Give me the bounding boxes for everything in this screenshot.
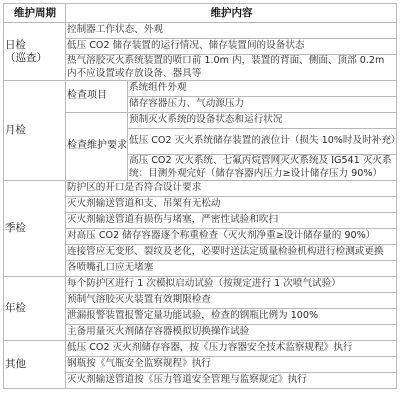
period-daily-label: 日检 bbox=[5, 39, 65, 51]
daily-item: 低压 CO2 储存装置的运行情况、储存装置间的设备状态 bbox=[66, 39, 397, 55]
quarterly-item: 各喷嘴孔口应无堵塞 bbox=[66, 261, 397, 277]
yearly-item: 预制气溶胶灭火装置有效期限检查 bbox=[66, 293, 397, 309]
monthly-requirement: 预制灭火系统的设备状态和运行状况 bbox=[128, 113, 397, 129]
yearly-item: 每个防护区进行 1 次模拟启动试验（按规定进行 1 次喷气试验） bbox=[66, 277, 397, 293]
period-daily: 日检 （巡查） bbox=[4, 23, 66, 81]
page: 维护周期 维护内容 日检 （巡查） 控制器工作状态、外观 低压 CO2 储存装置… bbox=[0, 0, 400, 412]
monthly-requirement: 高压 CO2 灭火系统、七氟丙烷管网灭火系统及 IG541 灭火系统：目测外观完… bbox=[128, 155, 397, 181]
table-row: 月检 检查项目 系统组件外观 bbox=[4, 81, 397, 97]
monthly-requirements-label: 检查维护要求 bbox=[66, 113, 128, 181]
monthly-check-items-label: 检查项目 bbox=[66, 81, 128, 113]
period-monthly: 月检 bbox=[4, 81, 66, 181]
table-row: 季检 防护区的开口是否符合设计要求 bbox=[4, 181, 397, 197]
table-row: 其他 低压 CO2 灭火剂储存容器，按《压力容器安全技术监察规程》执行 bbox=[4, 341, 397, 357]
yearly-item: 泄漏报警装置报警定量功能试验，检查的钢瓶比例为 100% bbox=[66, 309, 397, 325]
header-period: 维护周期 bbox=[4, 4, 66, 23]
other-item: 钢瓶按《气瓶安全监察规程》执行 bbox=[66, 357, 397, 373]
yearly-item: 主备用量灭火剂储存容器模拟切换操作试验 bbox=[66, 325, 397, 341]
daily-item: 热气溶胶灭火系统装置的喷口前 1.0m 内，装置的背面、侧面、顶部 0.2m 内… bbox=[66, 55, 397, 81]
table-row: 年检 每个防护区进行 1 次模拟启动试验（按规定进行 1 次喷气试验） bbox=[4, 277, 397, 293]
period-other: 其他 bbox=[4, 341, 66, 389]
other-item: 灭火剂输送管道按《压力管道安全管理与监察规定》执行 bbox=[66, 373, 397, 389]
period-yearly: 年检 bbox=[4, 277, 66, 341]
monthly-check-item: 储存容器压力、气动源压力 bbox=[128, 97, 397, 113]
quarterly-item: 防护区的开口是否符合设计要求 bbox=[66, 181, 397, 197]
quarterly-item: 对高压 CO2 储存容器逐个称重检查（灭火剂净重≥设计储存量的 90%） bbox=[66, 229, 397, 245]
header-row: 维护周期 维护内容 bbox=[4, 4, 397, 23]
quarterly-item: 灭火剂输送管道有损伤与堵塞，严密性试验和吹扫 bbox=[66, 213, 397, 229]
other-item: 低压 CO2 灭火剂储存容器，按《压力容器安全技术监察规程》执行 bbox=[66, 341, 397, 357]
period-quarterly: 季检 bbox=[4, 181, 66, 277]
quarterly-item: 灭火剂输送管道和支、吊架有无松动 bbox=[66, 197, 397, 213]
header-content: 维护内容 bbox=[66, 4, 397, 23]
period-daily-sublabel: （巡查） bbox=[5, 52, 65, 64]
table-row: 日检 （巡查） 控制器工作状态、外观 bbox=[4, 23, 397, 39]
daily-item: 控制器工作状态、外观 bbox=[66, 23, 397, 39]
monthly-requirement: 低压 CO2 灭火系统储存装置的液位计（损失 10%时及时补充） bbox=[128, 129, 397, 155]
quarterly-item: 连接管应无变形、裂纹及老化，必要时送法定质量检验机构进行检测或更换 bbox=[66, 245, 397, 261]
monthly-check-item: 系统组件外观 bbox=[128, 81, 397, 97]
maintenance-table: 维护周期 维护内容 日检 （巡查） 控制器工作状态、外观 低压 CO2 储存装置… bbox=[3, 3, 397, 389]
